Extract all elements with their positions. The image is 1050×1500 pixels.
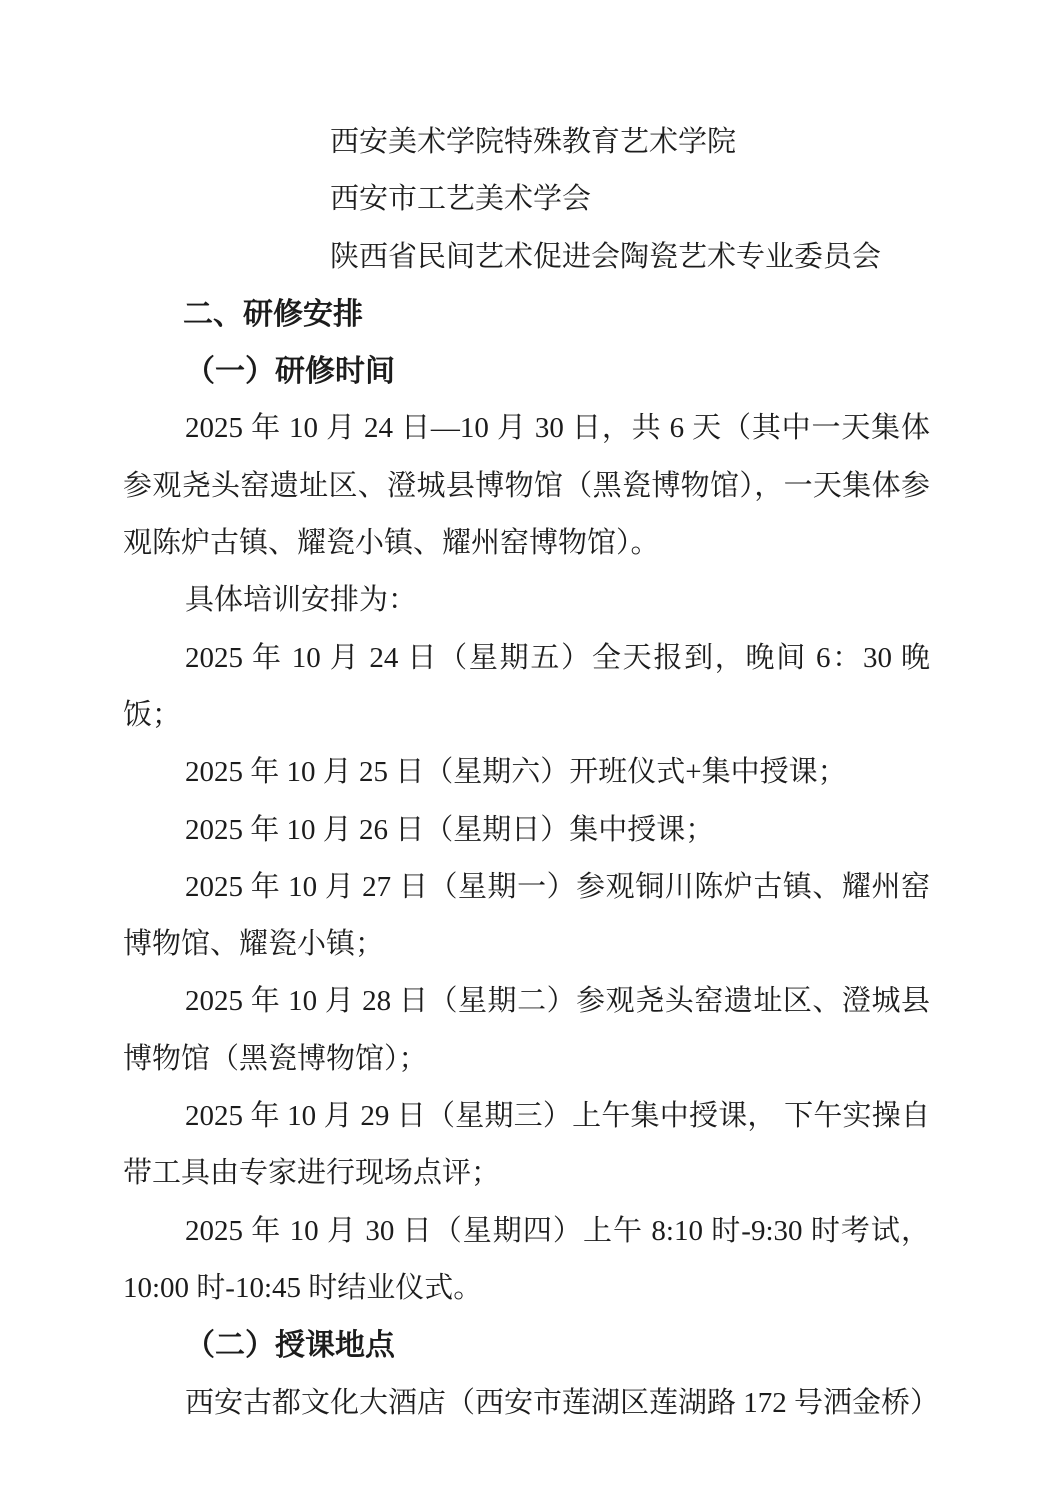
body-paragraph: 2025 年 10 月 24 日—10 月 30 日，共 6 天（其中一天集体参… [123,400,930,572]
document-content: 西安美术学院特殊教育艺术学院 西安市工艺美术学会 陕西省民间艺术促进会陶瓷艺术专… [123,114,930,1432]
organizer-line: 陕西省民间艺术促进会陶瓷艺术专业委员会 [123,229,930,286]
schedule-line: 2025 年 10 月 26 日（星期日）集中授课； [123,802,930,859]
subsection-heading: （一）研修时间 [123,343,930,400]
schedule-line: 2025 年 10 月 30 日（星期四）上午 8:10 时-9:30 时考试，… [123,1203,930,1318]
organizer-line: 西安市工艺美术学会 [123,171,930,228]
schedule-line: 2025 年 10 月 28 日（星期二）参观尧头窑遗址区、澄城县博物馆（黑瓷博… [123,973,930,1088]
schedule-line: 2025 年 10 月 24 日（星期五）全天报到，晚间 6：30 晚饭； [123,630,930,745]
schedule-line: 2025 年 10 月 27 日（星期一）参观铜川陈炉古镇、耀州窑博物馆、耀瓷小… [123,859,930,974]
body-paragraph: 西安古都文化大酒店（西安市莲湖区莲湖路 172 号洒金桥） [123,1375,930,1432]
schedule-line: 2025 年 10 月 29 日（星期三）上午集中授课， 下午实操自带工具由专家… [123,1088,930,1203]
subsection-heading: （二）授课地点 [123,1317,930,1374]
schedule-line: 2025 年 10 月 25 日（星期六）开班仪式+集中授课； [123,744,930,801]
section-heading: 二、研修安排 [123,286,930,343]
body-paragraph: 具体培训安排为： [123,572,930,629]
document-page: 西安美术学院特殊教育艺术学院 西安市工艺美术学会 陕西省民间艺术促进会陶瓷艺术专… [0,0,1050,1500]
organizer-line: 西安美术学院特殊教育艺术学院 [123,114,930,171]
